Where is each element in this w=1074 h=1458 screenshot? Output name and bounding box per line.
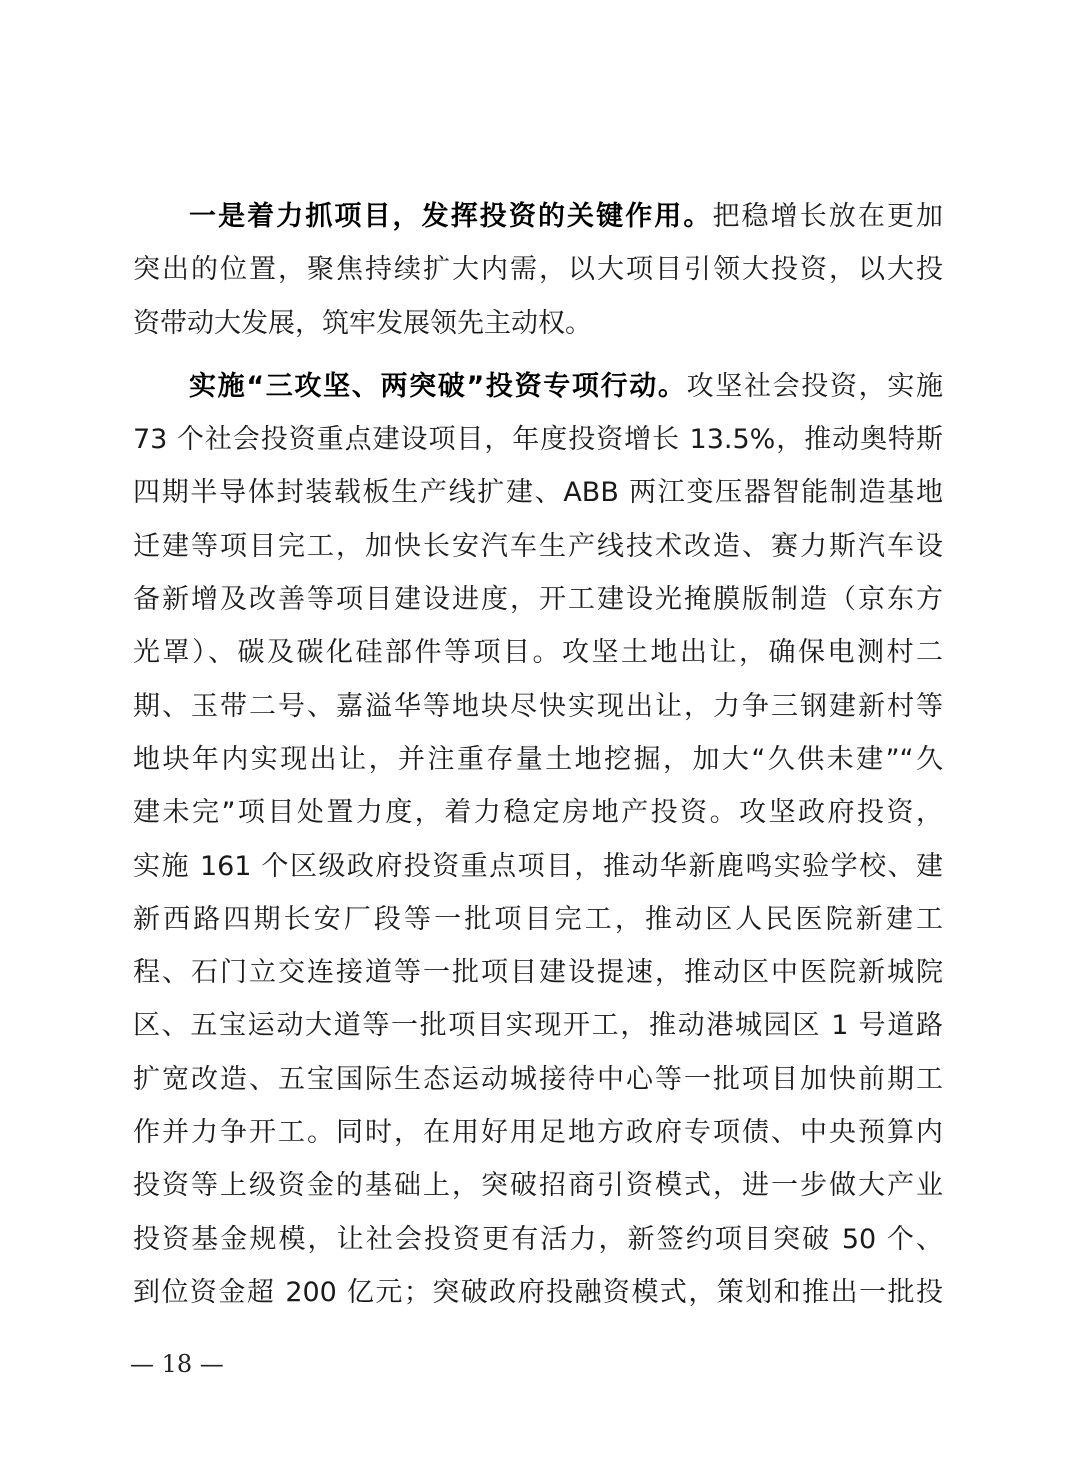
document-page: 一是着力抓项目，发挥投资的关键作用。把稳增长放在更加 突出的位置，聚焦持续扩大内… (0, 0, 1074, 1458)
text-line: 建未完”项目处置力度，着力稳定房地产投资。攻坚政府投资， (133, 786, 943, 839)
paragraph-2: 实施“三攻坚、两突破”投资专项行动。攻坚社会投资，实施 73 个社会投资重点建设… (133, 360, 943, 1319)
text-line: 资带动大发展，筑牢发展领先主动权。 (133, 297, 943, 350)
text-line: 突出的位置，聚焦持续扩大内需，以大项目引领大投资，以大投 (133, 243, 943, 296)
paragraph-heading: 一是着力抓项目，发挥投资的关键作用。 (189, 201, 712, 232)
text-line: 新西路四期长安厂段等一批项目完工，推动区人民医院新建工 (133, 893, 943, 946)
text-line: 实施 161 个区级政府投资重点项目，推动华新鹿鸣实验学校、建 (133, 840, 943, 893)
text-line: 扩宽改造、五宝国际生态运动城接待中心等一批项目加快前期工 (133, 1053, 943, 1106)
text-line: 区、五宝运动大道等一批项目实现开工，推动港城园区 1 号道路 (133, 999, 943, 1052)
paragraph-gap (133, 350, 943, 360)
text-line: 四期半导体封装载板生产线扩建、ABB 两江变压器智能制造基地 (133, 466, 943, 519)
text-line: 投资基金规模，让社会投资更有活力，新签约项目突破 50 个、 (133, 1213, 943, 1266)
paragraph-1: 一是着力抓项目，发挥投资的关键作用。把稳增长放在更加 突出的位置，聚焦持续扩大内… (133, 190, 943, 350)
text-line: 备新增及改善等项目建设进度，开工建设光掩膜版制造（京东方 (133, 573, 943, 626)
text-line: 光罩）、碳及碳化硅部件等项目。攻坚土地出让，确保电测村二 (133, 626, 943, 679)
text-line: 迁建等项目完工，加快长安汽车生产线技术改造、赛力斯汽车设 (133, 520, 943, 573)
text-line: 作并力争开工。同时，在用好用足地方政府专项债、中央预算内 (133, 1106, 943, 1159)
text-line: 地块年内实现出让，并注重存量土地挖掘，加大“久供未建”“久 (133, 733, 943, 786)
text-line: 73 个社会投资重点建设项目，年度投资增长 13.5%，推动奥特斯 (133, 413, 943, 466)
document-body: 一是着力抓项目，发挥投资的关键作用。把稳增长放在更加 突出的位置，聚焦持续扩大内… (133, 190, 943, 1319)
paragraph-heading: 实施“三攻坚、两突破”投资专项行动。 (189, 371, 687, 402)
text-line: 一是着力抓项目，发挥投资的关键作用。把稳增长放在更加 (133, 190, 943, 243)
text-line: 到位资金超 200 亿元；突破政府投融资模式，策划和推出一批投 (133, 1266, 943, 1319)
text-line: 实施“三攻坚、两突破”投资专项行动。攻坚社会投资，实施 (133, 360, 943, 413)
page-number: — 18 — (130, 1350, 224, 1378)
text-line: 程、石门立交连接道等一批项目建设提速，推动区中医院新城院 (133, 946, 943, 999)
text-line: 投资等上级资金的基础上，突破招商引资模式，进一步做大产业 (133, 1159, 943, 1212)
text-line: 期、玉带二号、嘉溢华等地块尽快实现出让，力争三钢建新村等 (133, 680, 943, 733)
